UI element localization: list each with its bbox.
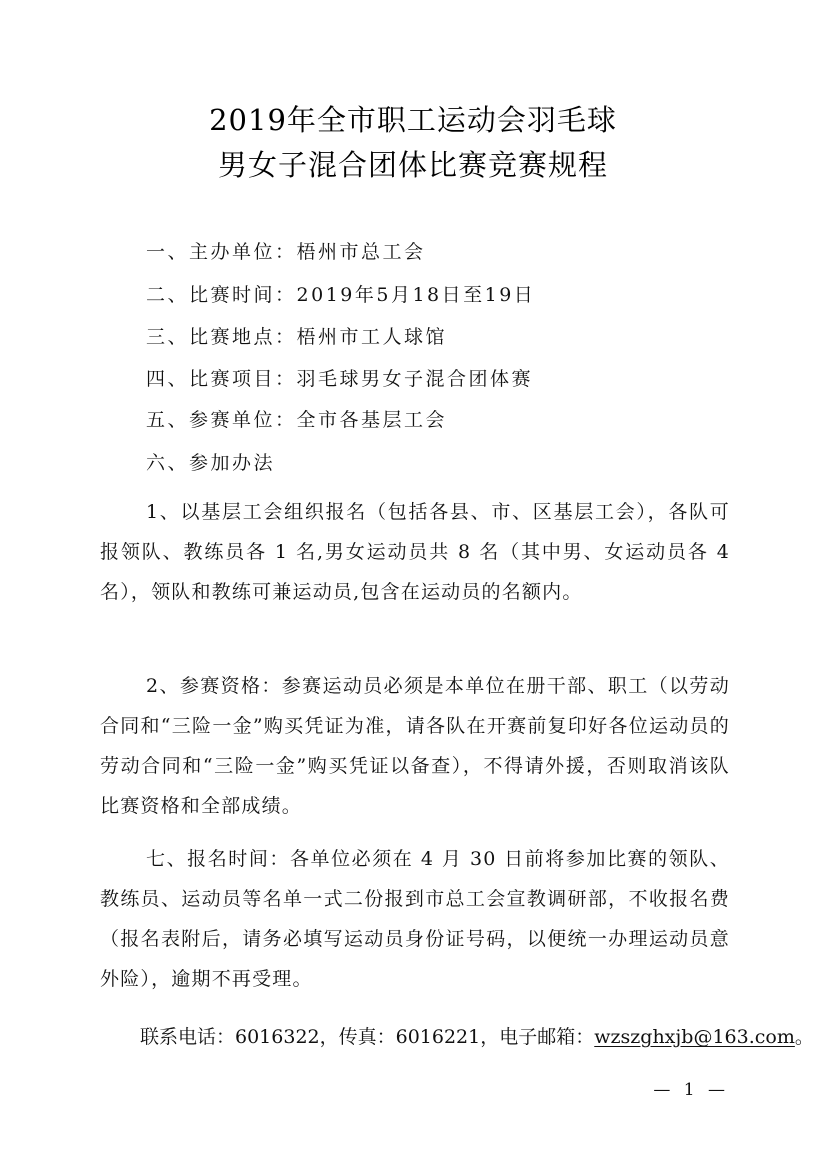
- document-title-line-1: 2019年全市职工运动会羽毛球: [0, 98, 826, 139]
- item-value: 羽毛球男女子混合团体赛: [297, 368, 534, 390]
- item-label: 四、比赛项目：: [146, 368, 297, 390]
- contact-suffix: 。: [795, 1026, 814, 1048]
- item-date: 二、比赛时间：2019年5月18日至19日: [146, 280, 535, 307]
- contact-line: 联系电话：6016322，传真：6016221，电子邮箱：wzszghxjb@1…: [140, 1022, 814, 1049]
- email-link[interactable]: wzszghxjb@163.com: [594, 1026, 795, 1048]
- page-number: — 1 —: [653, 1080, 729, 1100]
- paragraph-registration-time: 七、报名时间：各单位必须在 4 月 30 日前将参加比赛的领队、教练员、运动员等…: [100, 839, 730, 999]
- item-value: 梧州市工人球馆: [297, 326, 448, 348]
- item-organizer: 一、主办单位：梧州市总工会: [146, 237, 426, 264]
- item-label: 三、比赛地点：: [146, 326, 297, 348]
- item-value: 2019年5月18日至19日: [297, 284, 536, 306]
- document-title-line-2: 男女子混合团体比赛竞赛规程: [0, 143, 826, 184]
- paragraph-text: 2、参赛资格：参赛运动员必须是本单位在册干部、职工（以劳动合同和“三险一金”购买…: [100, 675, 730, 817]
- item-value: 梧州市总工会: [297, 241, 426, 263]
- item-label: 二、比赛时间：: [146, 284, 297, 306]
- item-label: 五、参赛单位：: [146, 409, 297, 431]
- item-label: 一、主办单位：: [146, 241, 297, 263]
- paragraph-text: 1、以基层工会组织报名（包括各县、市、区基层工会），各队可报领队、教练员各 1 …: [100, 501, 730, 603]
- item-method: 六、参加办法: [146, 448, 275, 475]
- contact-prefix: 联系电话：6016322，传真：6016221，电子邮箱：: [140, 1026, 594, 1048]
- item-participants: 五、参赛单位：全市各基层工会: [146, 405, 447, 432]
- paragraph-text: 七、报名时间：各单位必须在 4 月 30 日前将参加比赛的领队、教练员、运动员等…: [100, 848, 730, 990]
- item-label: 六、参加办法: [146, 452, 275, 474]
- item-venue: 三、比赛地点：梧州市工人球馆: [146, 322, 447, 349]
- paragraph-eligibility: 2、参赛资格：参赛运动员必须是本单位在册干部、职工（以劳动合同和“三险一金”购买…: [100, 666, 730, 826]
- item-event: 四、比赛项目：羽毛球男女子混合团体赛: [146, 364, 533, 391]
- paragraph-registration: 1、以基层工会组织报名（包括各县、市、区基层工会），各队可报领队、教练员各 1 …: [100, 492, 730, 612]
- item-value: 全市各基层工会: [297, 409, 448, 431]
- document-page: 2019年全市职工运动会羽毛球 男女子混合团体比赛竞赛规程 一、主办单位：梧州市…: [0, 0, 826, 1169]
